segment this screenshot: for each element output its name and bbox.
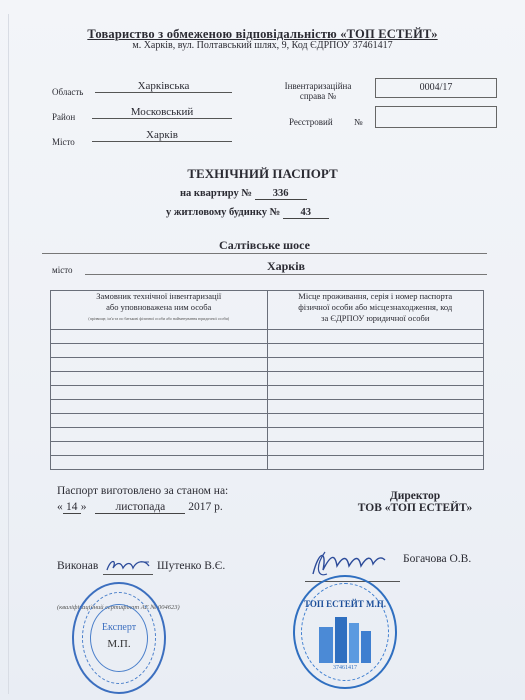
date-day: 14 <box>63 501 81 514</box>
header-customer-line1: Замовник технічної інвентаризації <box>51 291 267 302</box>
expert-stamp-mp: М.П. <box>74 638 164 650</box>
header-residence-line3: за ЄДРПОУ юридичної особи <box>268 313 484 324</box>
table-row <box>51 386 484 400</box>
prepared-label: Паспорт виготовлено за станом на: <box>57 485 228 497</box>
inventory-label-line1: Інвентаризаційна <box>278 81 358 91</box>
buildings-icon <box>315 613 375 663</box>
table-cell <box>267 400 484 414</box>
building-label: у житловому будинку № <box>166 207 280 218</box>
director-title: Директор <box>340 490 490 502</box>
table-cell <box>51 442 268 456</box>
company-stamp-mp: М.П. <box>366 599 386 609</box>
table-header-residence: Місце проживання, серія і номер паспорта… <box>267 291 484 330</box>
header-customer-note: (прізвище, ім'я та по батькові фізичної … <box>51 313 267 324</box>
day-close-quote: » <box>81 501 87 513</box>
table-cell <box>51 456 268 470</box>
table-cell <box>267 372 484 386</box>
city-value: Харків <box>92 129 232 142</box>
title-city-label: місто <box>52 265 73 275</box>
table-cell <box>267 456 484 470</box>
table-cell <box>267 386 484 400</box>
table-cell <box>51 330 268 344</box>
table-cell <box>51 358 268 372</box>
table-cell <box>267 344 484 358</box>
prepared-date: «14» листопада 2017 р. <box>57 501 223 514</box>
table-row <box>51 330 484 344</box>
document-title: ТЕХНІЧНИЙ ПАСПОРТ <box>0 166 525 182</box>
table-cell <box>51 386 268 400</box>
street-value: Салтівське шосе <box>42 238 487 254</box>
table-cell <box>51 372 268 386</box>
table-row <box>51 428 484 442</box>
header-customer-line2: або уповноважена ним особа <box>51 302 267 313</box>
company-stamp-code: 37461417 <box>295 665 395 671</box>
district-value: Московський <box>92 106 232 119</box>
company-stamp-text: ТОП ЕСТЕЙТ М.П. <box>295 599 395 609</box>
executor-signature-icon <box>103 556 153 574</box>
title-city-value: Харків <box>85 259 487 275</box>
expert-stamp-text: Експерт <box>74 622 164 633</box>
region-label: Область <box>52 87 83 97</box>
table-cell <box>267 428 484 442</box>
table-row <box>51 358 484 372</box>
table-cell <box>51 428 268 442</box>
date-year: 2017 р. <box>188 501 223 513</box>
building-number: 43 <box>283 207 329 219</box>
inventory-label-line2: справа № <box>278 91 358 101</box>
registry-label: Реєстровий <box>289 117 333 127</box>
table-row <box>51 456 484 470</box>
executor-name: Шутенко В.Є. <box>157 560 225 572</box>
header-residence-line2: фізичної особи або місцезнаходження, код <box>268 302 484 313</box>
director-name: Богачова О.В. <box>403 553 471 565</box>
org-address: м. Харків, вул. Полтавський шлях, 9, Код… <box>0 40 525 51</box>
header-residence-line1: Місце проживання, серія і номер паспорта <box>268 291 484 302</box>
executor-signature-line <box>103 556 153 575</box>
apartment-number: 336 <box>255 188 307 200</box>
table-cell <box>267 442 484 456</box>
table-cell <box>267 414 484 428</box>
table-row <box>51 442 484 456</box>
table-cell <box>267 358 484 372</box>
director-signature-icon <box>305 548 400 576</box>
inventory-label: Інвентаризаційна справа № <box>278 81 358 101</box>
table-header-row: Замовник технічної інвентаризації або уп… <box>51 291 484 330</box>
document-page: Товариство з обмеженою відповідальністю … <box>0 0 525 700</box>
inventory-value-box: 0004/17 <box>375 78 497 98</box>
registry-value-box <box>375 106 497 128</box>
region-value: Харківська <box>95 80 232 93</box>
table-row <box>51 400 484 414</box>
table-row <box>51 344 484 358</box>
apartment-line: на квартиру № 336 <box>180 188 307 200</box>
date-month: листопада <box>95 501 185 514</box>
table-cell <box>51 344 268 358</box>
table-cell <box>267 330 484 344</box>
table-cell <box>51 400 268 414</box>
owners-table: Замовник технічної інвентаризації або уп… <box>50 290 484 470</box>
table-header-customer: Замовник технічної інвентаризації або уп… <box>51 291 268 330</box>
director-org: ТОВ «ТОП ЕСТЕЙТ» <box>340 502 490 514</box>
executor-label: Виконав <box>57 560 98 572</box>
company-stamp-name: ТОП ЕСТЕЙТ <box>304 599 364 609</box>
director-block: Директор ТОВ «ТОП ЕСТЕЙТ» <box>340 490 490 514</box>
expert-stamp: Експерт М.П. <box>72 582 166 694</box>
company-stamp: ТОП ЕСТЕЙТ М.П. 37461417 <box>293 575 397 689</box>
table-row <box>51 414 484 428</box>
table-body <box>51 330 484 470</box>
city-label: Місто <box>52 137 75 147</box>
table-cell <box>51 414 268 428</box>
registry-no-label: № <box>354 117 363 127</box>
page-edge <box>8 14 9 694</box>
table-row <box>51 372 484 386</box>
district-label: Район <box>52 112 75 122</box>
apartment-label: на квартиру № <box>180 188 252 199</box>
building-line: у житловому будинку № 43 <box>166 207 329 219</box>
